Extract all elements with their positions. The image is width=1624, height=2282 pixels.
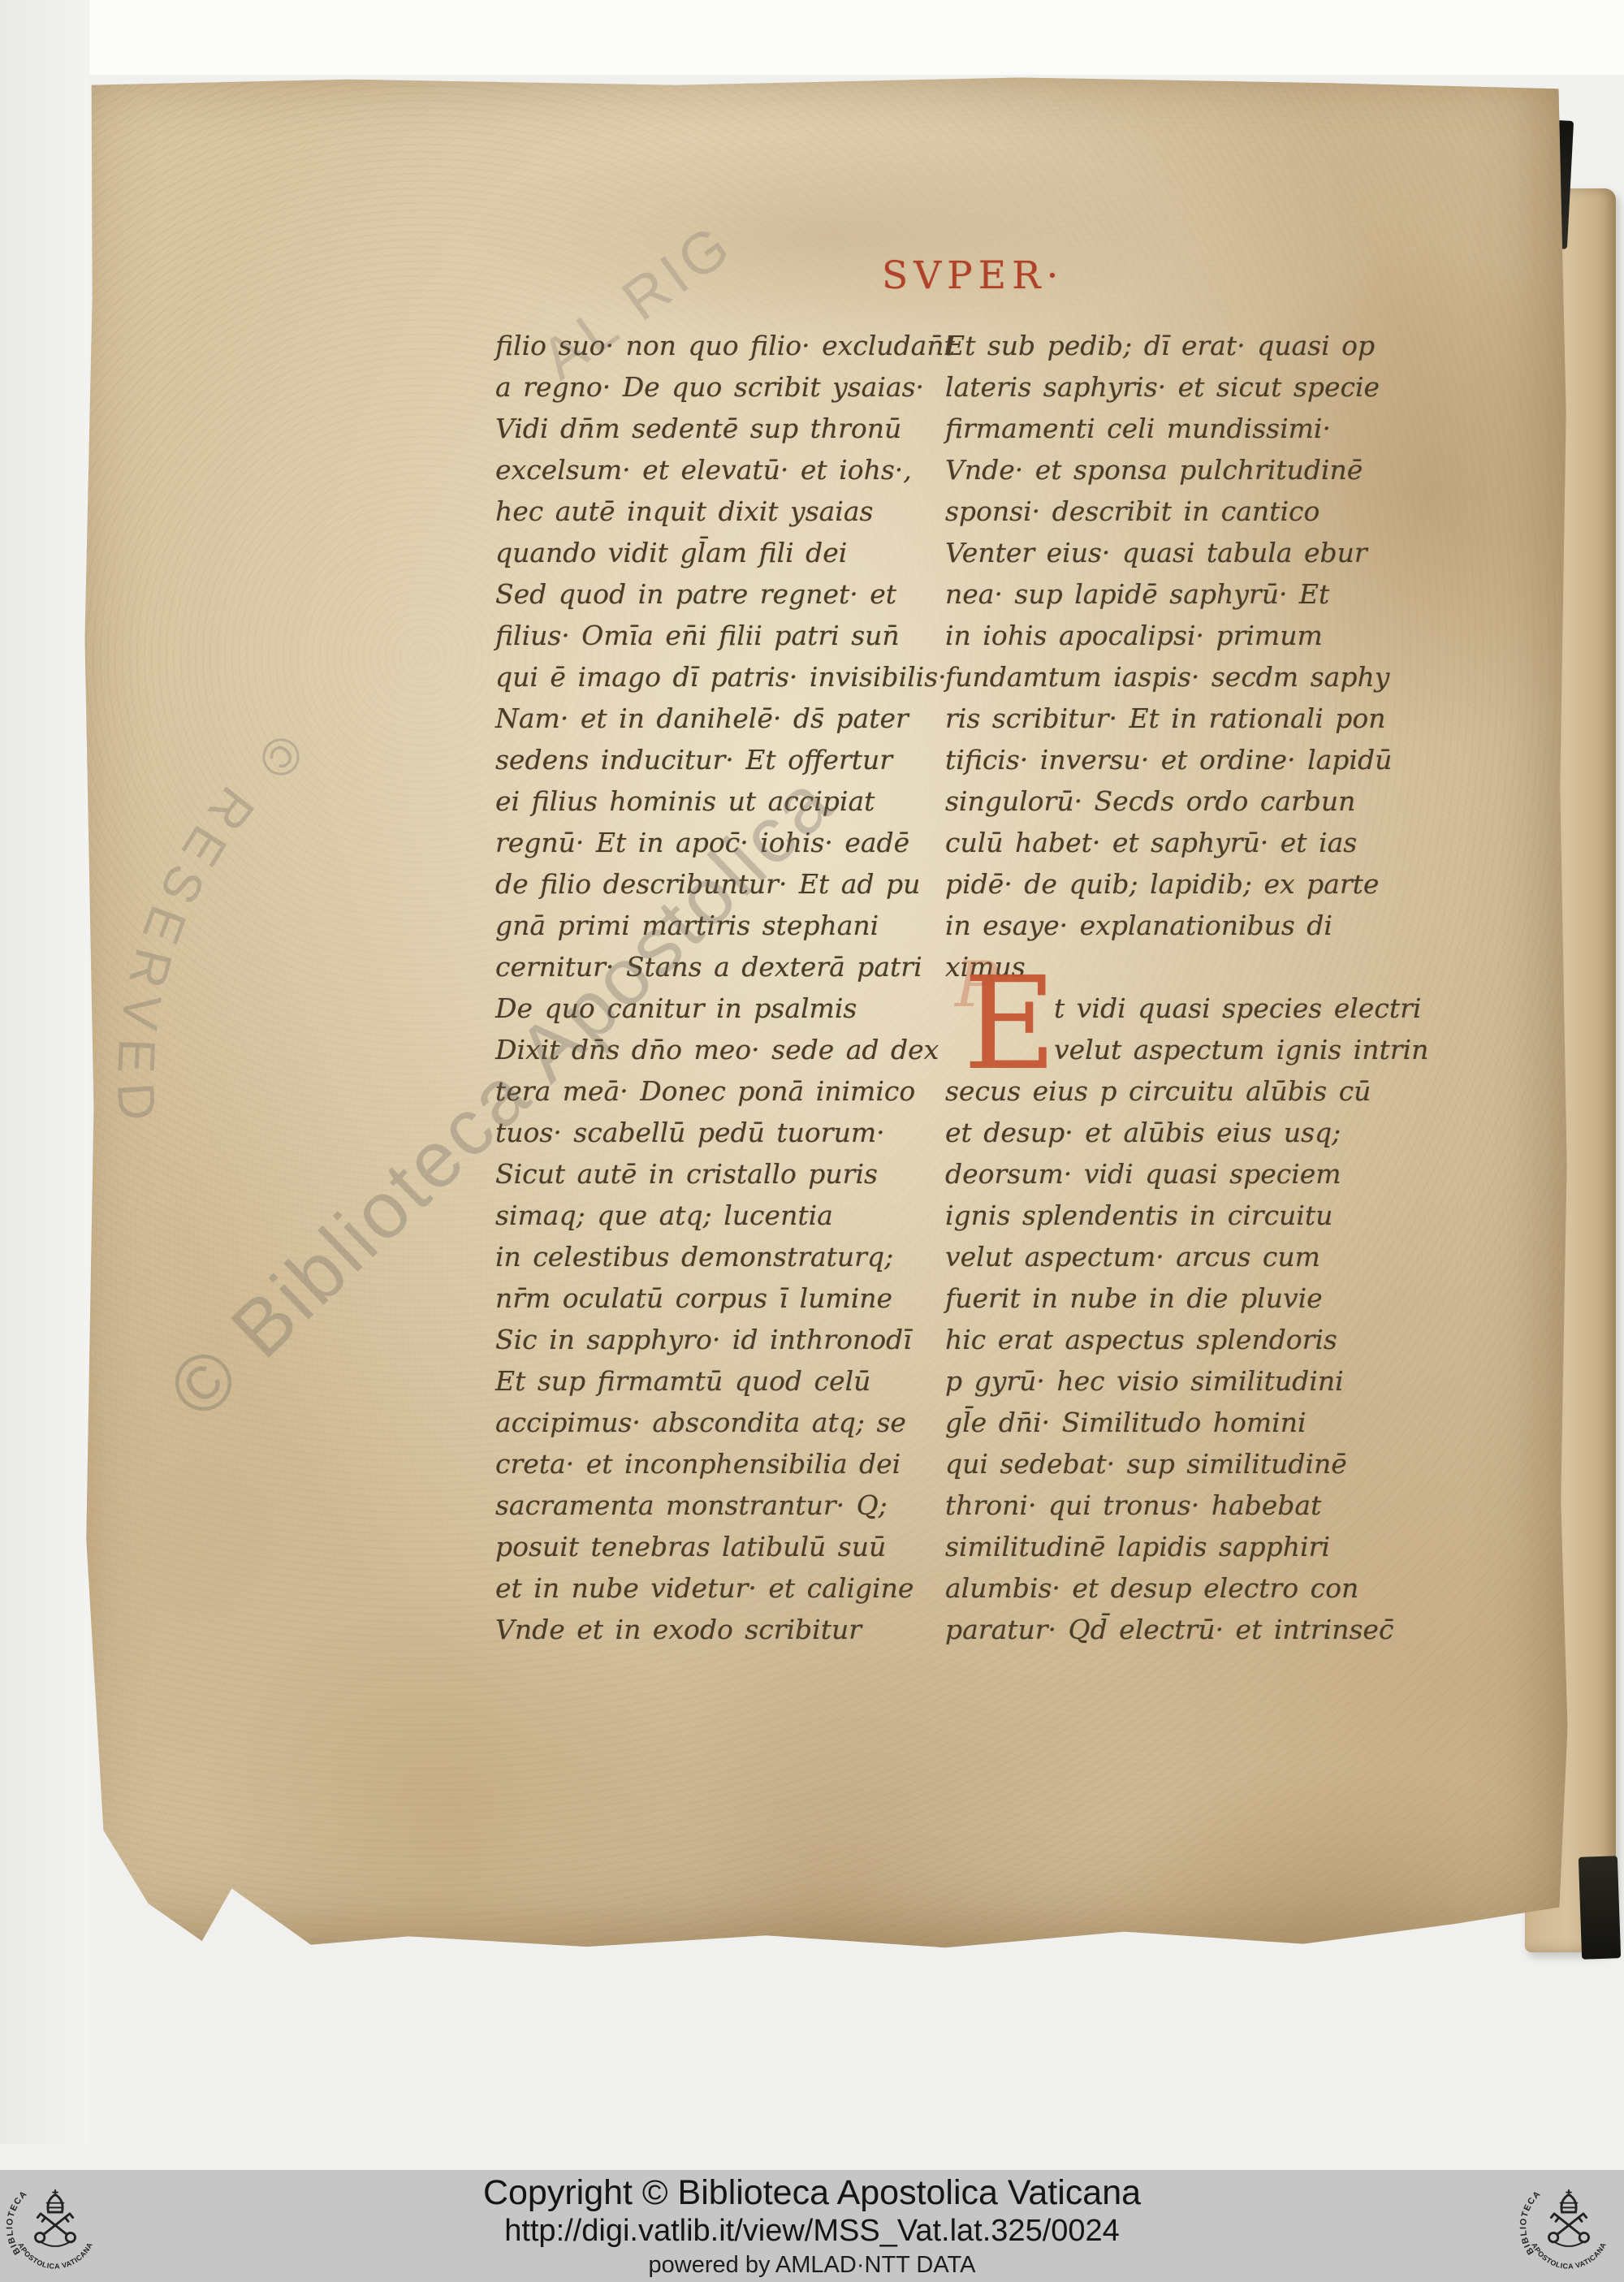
manuscript-line: Sed quod in patre regnet· et bbox=[495, 573, 944, 615]
footer-bar: BIBLIOTECA APOSTOLICA VATICANA Copyright… bbox=[0, 2170, 1624, 2282]
digitized-manuscript-photo: SVPER· filio suo· non quo filio· excluda… bbox=[0, 0, 1624, 2282]
manuscript-line: hic erat aspectus splendoris bbox=[945, 1319, 1393, 1360]
manuscript-line: firmamenti celi mundissimi· bbox=[945, 408, 1393, 449]
manuscript-line: Et sub pedib; dī erat· quasi op bbox=[945, 325, 1393, 366]
manuscript-line: Sic in sapphyro· id inthronodī bbox=[495, 1319, 944, 1360]
manuscript-line: regnū· Et in apoc̄· iohis· eadē bbox=[495, 822, 944, 863]
manuscript-line: filio suo· non quo filio· excludan̄t bbox=[495, 325, 944, 366]
manuscript-line: in iohis apocalipsi· primum bbox=[945, 615, 1393, 656]
manuscript-line: sedens inducitur· Et offertur bbox=[495, 739, 944, 780]
manuscript-line: Et sup firmamtū quod celū bbox=[495, 1360, 944, 1402]
manuscript-line: in celestibus demonstraturq; bbox=[495, 1236, 944, 1277]
manuscript-line: pidē· de quib; lapidib; ex parte bbox=[945, 863, 1393, 905]
manuscript-line: et in nube videtur· et caligine bbox=[495, 1567, 944, 1609]
manuscript-line: tera meā· Donec ponā inimico bbox=[495, 1070, 944, 1112]
manuscript-line: velut aspectum· arcus cum bbox=[945, 1236, 1393, 1277]
manuscript-line: in esaye· explanationibus di bbox=[945, 905, 1393, 946]
manuscript-line: culū habet· et saphyrū· et ias bbox=[945, 822, 1393, 863]
manuscript-line: quando vidit gl̄am fili dei bbox=[495, 532, 944, 573]
manuscript-line: deorsum· vidi quasi speciem bbox=[945, 1153, 1393, 1195]
manuscript-line: tuos· scabellū pedū tuorum· bbox=[495, 1112, 944, 1153]
manuscript-line: paratur· Qd̄ electrū· et intrinsec̄ bbox=[945, 1609, 1393, 1650]
vatican-library-emblem-icon: BIBLIOTECA APOSTOLICA VATICANA bbox=[1515, 2172, 1622, 2280]
manuscript-line: gnā primi martiris stephani bbox=[495, 905, 944, 946]
manuscript-line: de filio describuntur· Et ad pu bbox=[495, 863, 944, 905]
manuscript-line: simaq; que atq; lucentia bbox=[495, 1195, 944, 1236]
parchment-stain bbox=[461, 132, 1192, 343]
manuscript-line: Nam· et in danihelē· ds̄ pater bbox=[495, 698, 944, 739]
crossed-keys-tiara-icon bbox=[1548, 2190, 1588, 2246]
background-left-band bbox=[0, 0, 89, 2144]
manuscript-line: creta· et inconphensibilia dei bbox=[495, 1443, 944, 1485]
manuscript-line: sponsi· describit in cantico bbox=[945, 491, 1393, 532]
manuscript-line: tificis· inversu· et ordine· lapidū bbox=[945, 739, 1393, 780]
manuscript-line: a regno· De quo scribit ysaias· bbox=[495, 366, 944, 408]
manuscript-line: ei filius hominis ut accipiat bbox=[495, 780, 944, 822]
manuscript-line: Sicut autē in cristallo puris bbox=[495, 1153, 944, 1195]
book-binding-bottom bbox=[1579, 1856, 1621, 1960]
manuscript-line: accipimus· abscondita atq; se bbox=[495, 1402, 944, 1443]
manuscript-line: Vnde· et sponsa pulchritudinē bbox=[945, 449, 1393, 491]
manuscript-line: qui sedebat· sup similitudinē bbox=[945, 1443, 1393, 1485]
manuscript-line: nr̄m oculatū corpus ī lumine bbox=[495, 1277, 944, 1319]
manuscript-line: fuerit in nube in die pluvie bbox=[945, 1277, 1393, 1319]
manuscript-line: nea· sup lapidē saphyrū· Et bbox=[945, 573, 1393, 615]
manuscript-line: ignis splendentis in circuitu bbox=[945, 1195, 1393, 1236]
manuscript-line: et desup· et alūbis eius usq; bbox=[945, 1112, 1393, 1153]
manuscript-line: fundamtum iaspis· secdm saphy bbox=[945, 656, 1393, 698]
manuscript-line: filius· Omīa en̄i filii patri sun̄ bbox=[495, 615, 944, 656]
manuscript-line: posuit tenebras latibulū suū bbox=[495, 1526, 944, 1567]
manuscript-line: hec autē inquit dixit ysaias bbox=[495, 491, 944, 532]
text-column-left: filio suo· non quo filio· excludan̄ta re… bbox=[495, 325, 944, 1650]
manuscript-line: qui ē imago dī patris· invisibilis· bbox=[495, 656, 944, 698]
manuscript-line: ris scribitur· Et in rationali pon bbox=[945, 698, 1393, 739]
marginal-rubric: P bbox=[955, 949, 997, 1022]
manuscript-line: Vnde et in exodo scribitur bbox=[495, 1609, 944, 1650]
manuscript-line: Venter eius· quasi tabula ebur bbox=[945, 532, 1393, 573]
manuscript-line: alumbis· et desup electro con bbox=[945, 1567, 1393, 1609]
manuscript-line: De quo canitur in psalmis bbox=[495, 988, 944, 1029]
manuscript-line: Dixit dn̄s dn̄o meo· sede ad dex bbox=[495, 1029, 944, 1070]
parchment-stain bbox=[1054, 1764, 1622, 2056]
footer-url: http://digi.vatlib.it/view/MSS_Vat.lat.3… bbox=[0, 2212, 1624, 2250]
manuscript-line: gl̄e dn̄i· Similitudo homini bbox=[945, 1402, 1393, 1443]
manuscript-line: t vidi quasi species electri bbox=[1054, 988, 1393, 1029]
manuscript-line: Vidi dn̄m sedentē sup thronū bbox=[495, 408, 944, 449]
manuscript-line: singulorū· Secds ordo carbun bbox=[945, 780, 1393, 822]
running-title-super: SVPER· bbox=[882, 253, 1064, 298]
manuscript-line: lateris saphyris· et sicut specie bbox=[945, 366, 1393, 408]
manuscript-line: similitudinē lapidis sapphiri bbox=[945, 1526, 1393, 1567]
svg-text:APOSTOLICA VATICANA: APOSTOLICA VATICANA bbox=[1530, 2241, 1608, 2270]
footer-powered-by: powered by AMLAD·NTT DATA bbox=[0, 2250, 1624, 2280]
background-top-band bbox=[0, 0, 1624, 75]
footer-text: Copyright © Biblioteca Apostolica Vatica… bbox=[0, 2173, 1624, 2280]
manuscript-line: p gyrū· hec visio similitudini bbox=[945, 1360, 1393, 1402]
manuscript-line: sacramenta monstrantur· Q; bbox=[495, 1485, 944, 1526]
manuscript-line: excelsum· et elevatū· et iohs·, bbox=[495, 449, 944, 491]
manuscript-line: cernitur· Stans a dexterā patri bbox=[495, 946, 944, 988]
manuscript-line: throni· qui tronus· habebat bbox=[945, 1485, 1393, 1526]
footer-copyright: Copyright © Biblioteca Apostolica Vatica… bbox=[0, 2173, 1624, 2212]
manuscript-line: velut aspectum ignis intrin bbox=[1054, 1029, 1393, 1070]
